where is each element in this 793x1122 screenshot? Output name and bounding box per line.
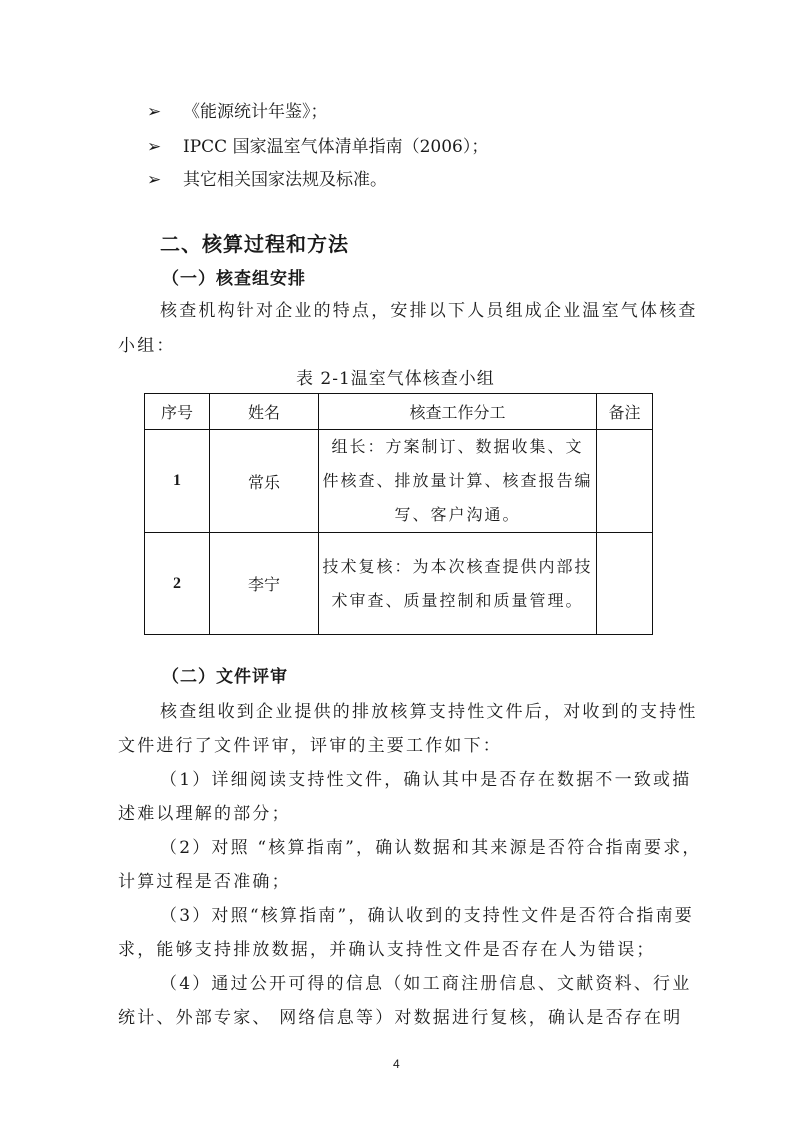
page-number: 4 (393, 1057, 400, 1071)
header-cell: 序号 (145, 394, 210, 430)
duty-line: 组长：方案制订、数据收集、文 (319, 430, 596, 464)
subsection-title-document-review: （二）文件评审 (162, 662, 288, 687)
arrow-bullet-icon: ➢ (147, 137, 183, 157)
table-header-row: 序号 姓名 核查工作分工 备注 (145, 394, 653, 430)
bullet-item: ➢《能源统计年鉴》； (147, 97, 328, 122)
cell-name: 常乐 (210, 430, 319, 533)
duty-line: 写、客户沟通。 (319, 498, 596, 532)
bullet-item: ➢IPCC 国家温室气体清单指南（2006）； (147, 132, 488, 157)
table-row: 2 李宁 技术复核：为本次核查提供内部技 术审查、质量控制和质量管理。 (145, 533, 653, 635)
paragraph-line: 核查机构针对企业的特点，安排以下人员组成企业温室气体核查 (160, 296, 698, 321)
duty-line: 技术复核：为本次核查提供内部技 (319, 550, 596, 584)
arrow-bullet-icon: ➢ (147, 170, 183, 190)
cell-duty: 组长：方案制订、数据收集、文 件核查、排放量计算、核查报告编 写、客户沟通。 (319, 430, 597, 533)
duty-line: 件核查、排放量计算、核查报告编 (319, 464, 596, 498)
table-row: 1 常乐 组长：方案制订、数据收集、文 件核查、排放量计算、核查报告编 写、客户… (145, 430, 653, 533)
bullet-item: ➢其它相关国家法规及标准。 (147, 165, 387, 190)
paragraph-line: 统计、外部专家、 网络信息等）对数据进行复核，确认是否存在明 (118, 1003, 682, 1028)
paragraph-line: 求，能够支持排放数据，并确认支持性文件是否存在人为错误； (118, 935, 656, 960)
paragraph-line: 文件进行了文件评审，评审的主要工作如下： (118, 731, 502, 756)
paragraph-line: （2）对照 “核算指南”，确认数据和其来源是否符合指南要求， (160, 833, 702, 858)
cell-note (597, 533, 653, 635)
section-title: 二、核算过程和方法 (160, 228, 349, 257)
header-cell: 备注 (597, 394, 653, 430)
paragraph-line: 述难以理解的部分； (118, 799, 291, 824)
paragraph-line: （4）通过公开可得的信息（如工商注册信息、文献资料、行业 (160, 969, 691, 994)
header-cell: 核查工作分工 (319, 394, 597, 430)
paragraph-line: （3）对照“核算指南”，确认收到的支持性文件是否符合指南要 (160, 901, 694, 926)
paragraph-line: 核查组收到企业提供的排放核算支持性文件后，对收到的支持性 (160, 697, 698, 722)
header-cell: 姓名 (210, 394, 319, 430)
bullet-text: 其它相关国家法规及标准。 (183, 170, 387, 190)
cell-duty: 技术复核：为本次核查提供内部技 术审查、质量控制和质量管理。 (319, 533, 597, 635)
cell-name: 李宁 (210, 533, 319, 635)
subsection-title-team: （一）核查组安排 (162, 264, 306, 289)
table-caption: 表 2-1温室气体核查小组 (296, 364, 495, 389)
duty-line: 术审查、质量控制和质量管理。 (319, 584, 596, 618)
paragraph-line: 计算过程是否准确； (118, 867, 291, 892)
document-page: ➢《能源统计年鉴》； ➢IPCC 国家温室气体清单指南（2006）； ➢其它相关… (0, 0, 793, 1122)
verification-team-table: 序号 姓名 核查工作分工 备注 1 常乐 组长：方案制订、数据收集、文 件核查、… (144, 393, 653, 635)
bullet-text: IPCC 国家温室气体清单指南（2006）； (183, 137, 488, 157)
bullet-text: 《能源统计年鉴》； (183, 102, 328, 122)
cell-no: 2 (145, 533, 210, 635)
arrow-bullet-icon: ➢ (147, 102, 183, 122)
cell-note (597, 430, 653, 533)
cell-no: 1 (145, 430, 210, 533)
paragraph-line: （1）详细阅读支持性文件，确认其中是否存在数据不一致或描 (160, 765, 691, 790)
paragraph-line: 小组： (118, 331, 176, 356)
